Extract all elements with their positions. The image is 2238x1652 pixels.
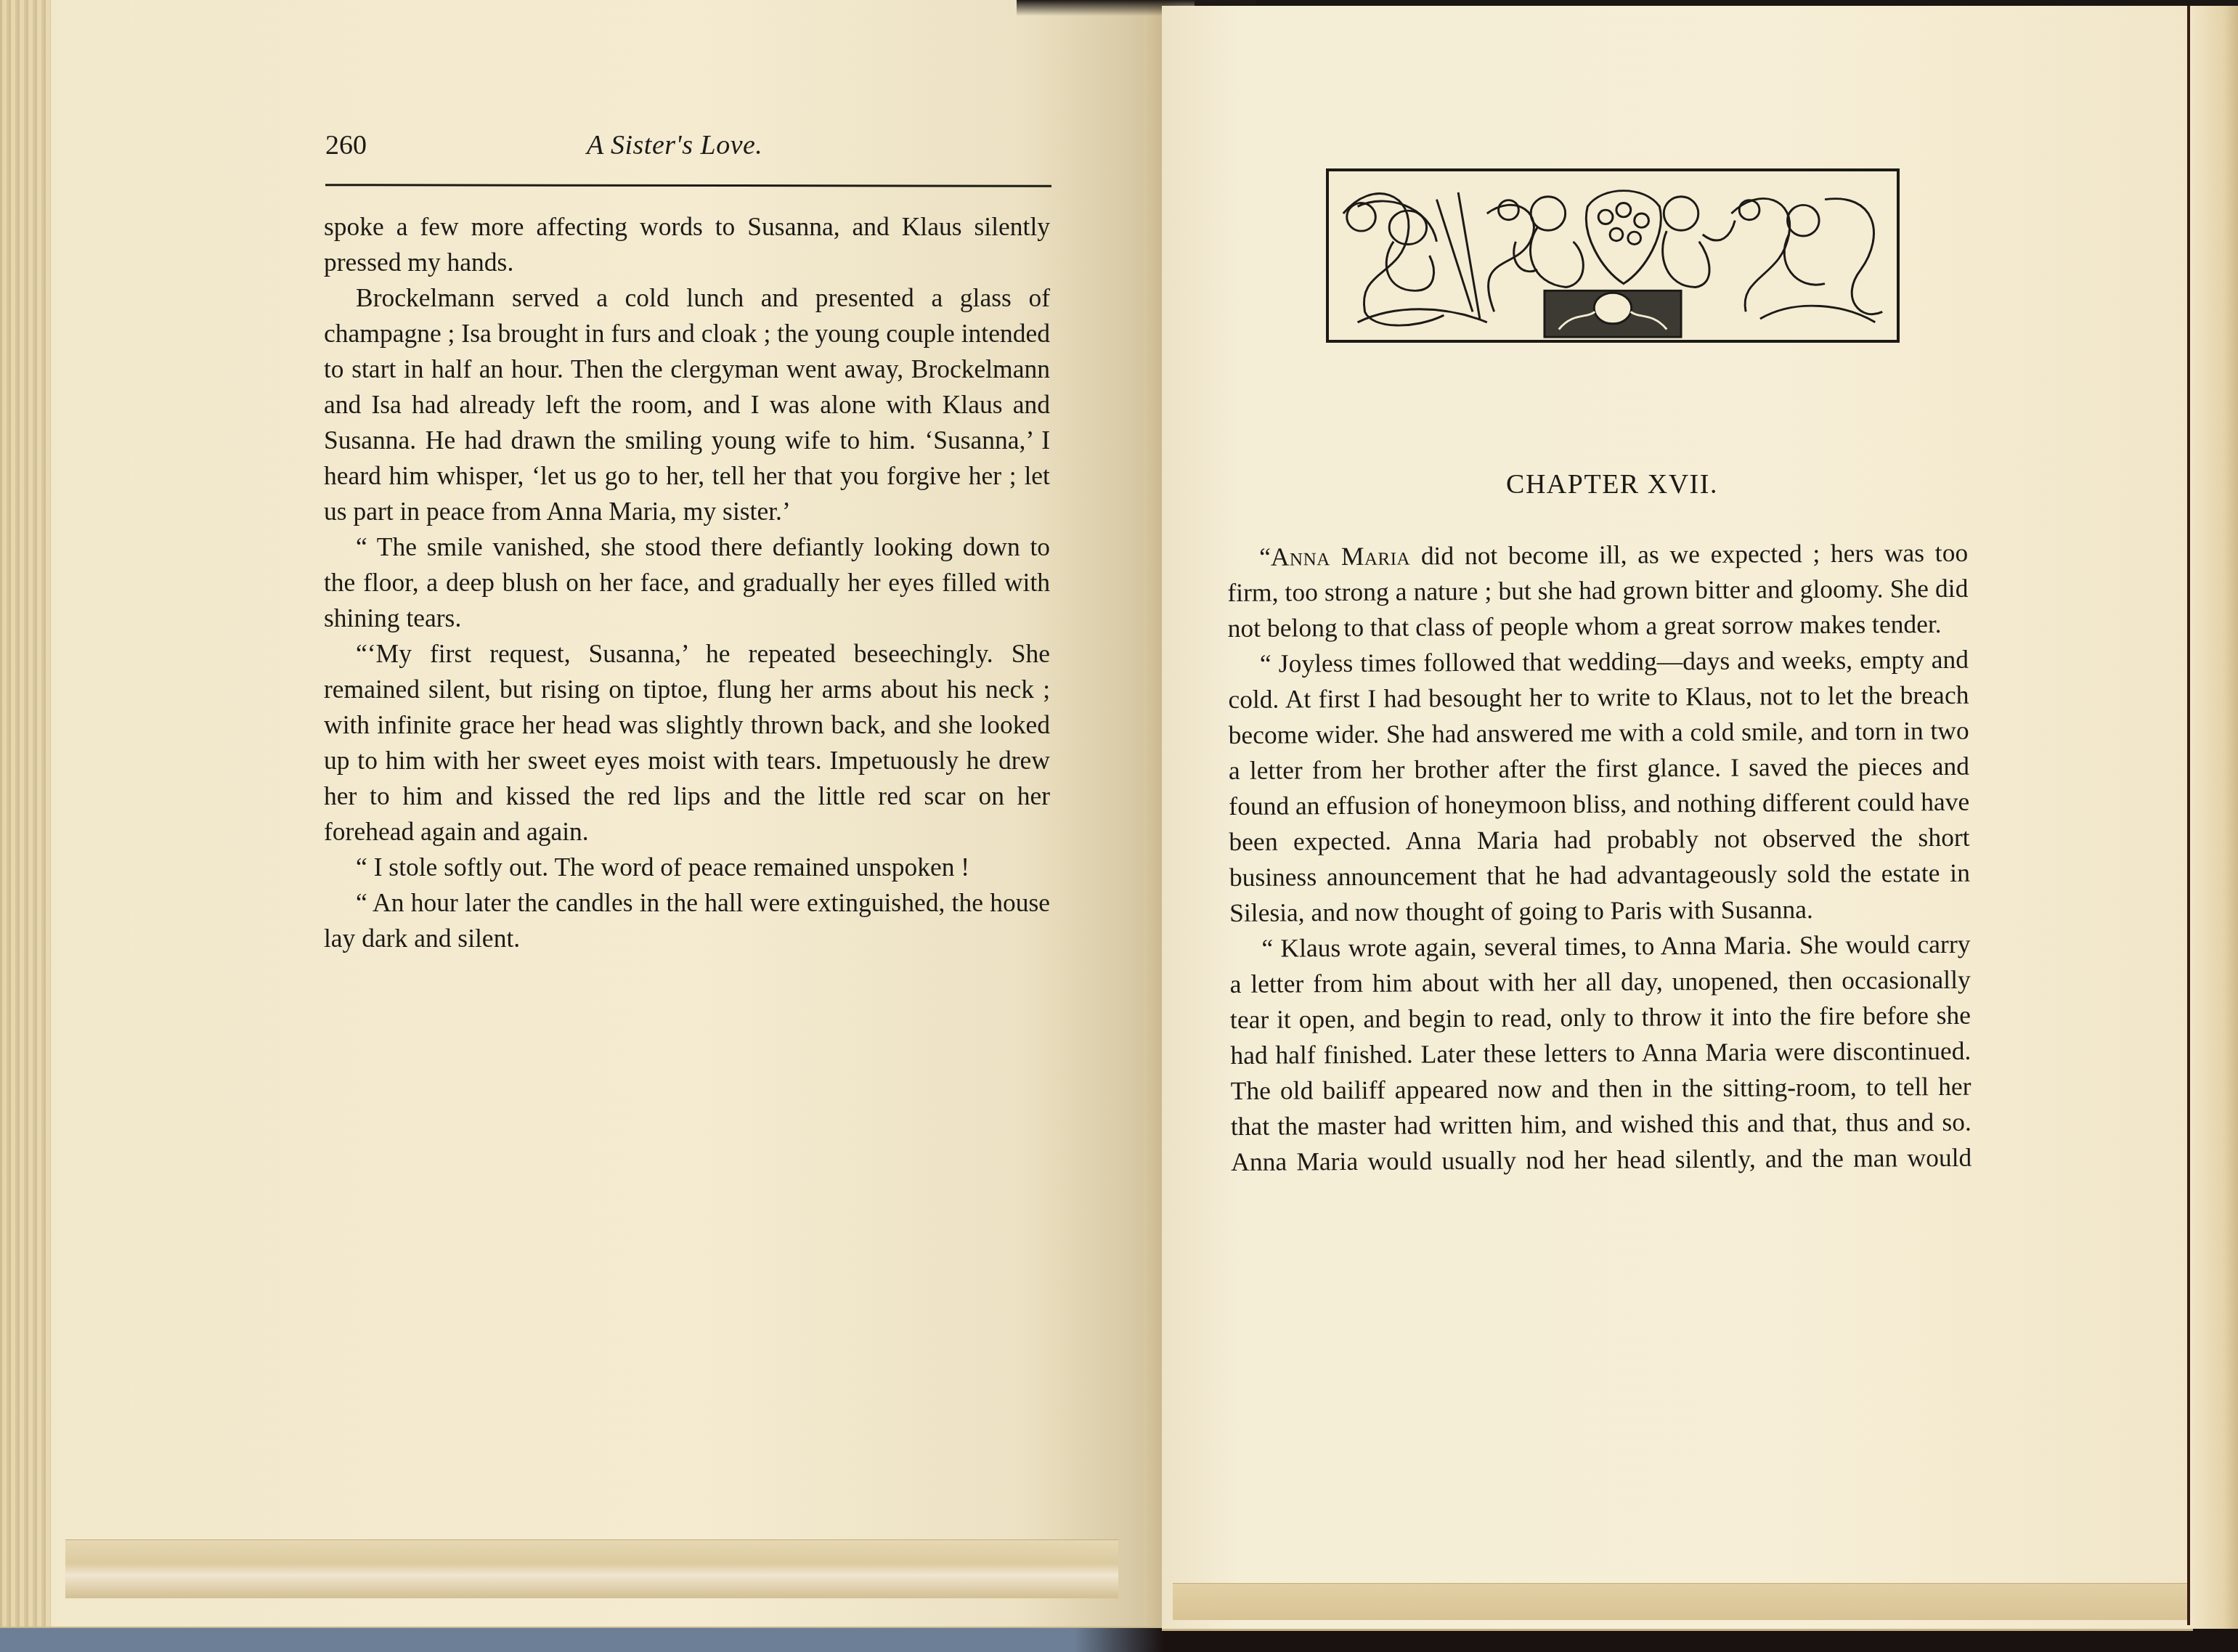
paragraph: “ The smile vanished, she stood there de… (324, 529, 1050, 636)
running-head: 260 A Sister's Love. (325, 129, 1051, 173)
left-page-body: spoke a few more affecting words to Susa… (324, 209, 1050, 956)
left-page-bottom-edges (65, 1539, 1118, 1598)
page-number: 260 (325, 129, 367, 161)
paragraph: “ I stole softly out. The word of peace … (324, 850, 1050, 885)
headpiece-illustration (1329, 171, 1897, 340)
right-page-bottom-edges (1173, 1583, 2204, 1620)
paragraph: “‘My first request, Susanna,’ he repeate… (324, 636, 1050, 850)
ornamental-headpiece-cherubs-icon (1326, 168, 1900, 343)
paragraph: “ Klaus wrote again, several times, to A… (1229, 927, 1972, 1180)
opening-paragraph: “Anna Maria did not become ill, as we ex… (1227, 535, 1969, 646)
running-title: A Sister's Love. (587, 129, 762, 161)
left-page-edges (0, 0, 51, 1627)
open-quote: “ (1259, 542, 1271, 571)
paragraph: spoke a few more affecting words to Susa… (324, 209, 1050, 280)
right-page-body: “Anna Maria did not become ill, as we ex… (1227, 535, 1972, 1180)
book-spread: 260 A Sister's Love. spoke a few more af… (0, 0, 2238, 1652)
paragraph: “ Joyless times followed that wedding—da… (1228, 642, 1970, 931)
paragraph: Brockelmann served a cold lunch and pres… (324, 280, 1050, 529)
chapter-heading: CHAPTER XVII. (1220, 468, 2004, 500)
paragraph: “ An hour later the candles in the hall … (324, 885, 1050, 956)
right-page-edges (2190, 6, 2238, 1629)
smallcaps-lead: Anna Maria (1271, 541, 1410, 571)
